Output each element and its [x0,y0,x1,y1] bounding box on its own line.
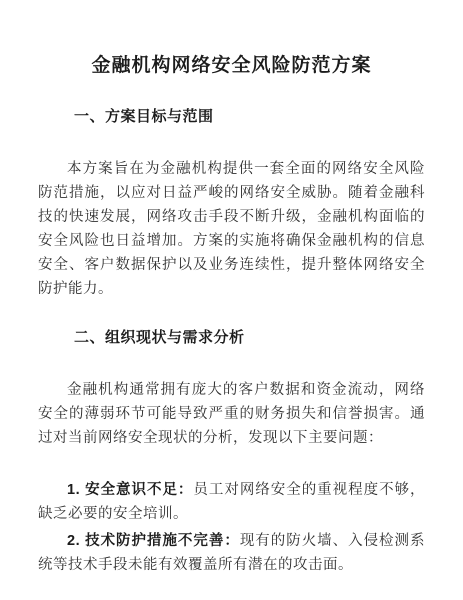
list-item-label-technical-protection: 2. 技术防护措施不完善： [67,533,240,549]
list-item-technical-protection: 2. 技术防护措施不完善：现有的防火墙、入侵检测系统等技术手段未能有效覆盖所有潜… [38,529,425,577]
section-heading-goals-scope: 一、方案目标与范围 [38,107,425,127]
paragraph-status-needs: 金融机构通常拥有庞大的客户数据和资金流动，网络安全的薄弱环节可能导致严重的财务损… [38,378,425,450]
document-page: 金融机构网络安全风险防范方案 一、方案目标与范围 本方案旨在为金融机构提供一套全… [0,0,463,600]
document-content: 金融机构网络安全风险防范方案 一、方案目标与范围 本方案旨在为金融机构提供一套全… [0,0,463,600]
paragraph-goals-scope: 本方案旨在为金融机构提供一套全面的网络安全风险防范措施，以应对日益严峻的网络安全… [38,157,425,301]
list-item-label-security-awareness: 1. 安全意识不足： [67,482,193,498]
section-heading-status-needs: 二、组织现状与需求分析 [38,328,425,348]
document-title: 金融机构网络安全风险防范方案 [38,52,425,80]
problem-list: 1. 安全意识不足：员工对网络安全的重视程度不够，缺乏必要的安全培训。 2. 技… [38,478,425,577]
list-item-security-awareness: 1. 安全意识不足：员工对网络安全的重视程度不够，缺乏必要的安全培训。 [38,478,425,526]
